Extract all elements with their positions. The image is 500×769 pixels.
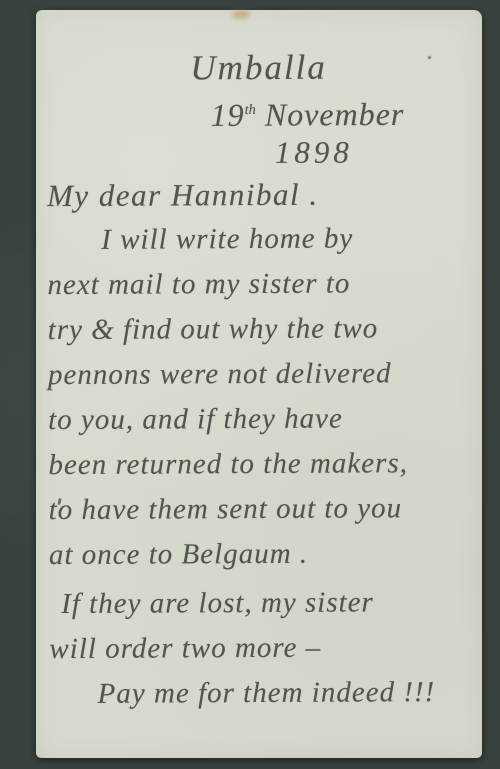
letter-line: to have them sent out to you <box>49 485 483 532</box>
letter-content: Umballa 19th November 1898 My dear Hanni… <box>34 9 484 759</box>
letter-line: next mail to my sister to <box>47 260 481 307</box>
photo-background: Umballa 19th November 1898 My dear Hanni… <box>0 0 500 769</box>
letter-line: pennons were not delivered <box>48 350 482 397</box>
letter-date: 19th November <box>210 89 480 135</box>
letter-salutation: My dear Hannibal . <box>47 171 481 217</box>
date-month: November <box>265 96 405 133</box>
letter-paper: Umballa 19th November 1898 My dear Hanni… <box>36 10 482 758</box>
letter-place: Umballa <box>190 45 480 91</box>
letter-line: to you, and if they have <box>48 395 482 442</box>
letter-line: will order two more – <box>49 624 483 671</box>
letter-year: 1898 <box>275 133 481 170</box>
letter-line: been returned to the makers, <box>48 440 482 487</box>
letter-line: If they are lost, my sister <box>61 579 483 626</box>
date-day-suffix: th <box>245 102 256 118</box>
letter-line: Pay me for them indeed !!! <box>98 669 484 716</box>
letter-line: at once to Belgaum . <box>49 530 483 577</box>
letter-line: I will write home by <box>101 215 481 262</box>
letter-line: try & find out why the two <box>48 305 482 352</box>
date-day: 19 <box>210 97 244 133</box>
